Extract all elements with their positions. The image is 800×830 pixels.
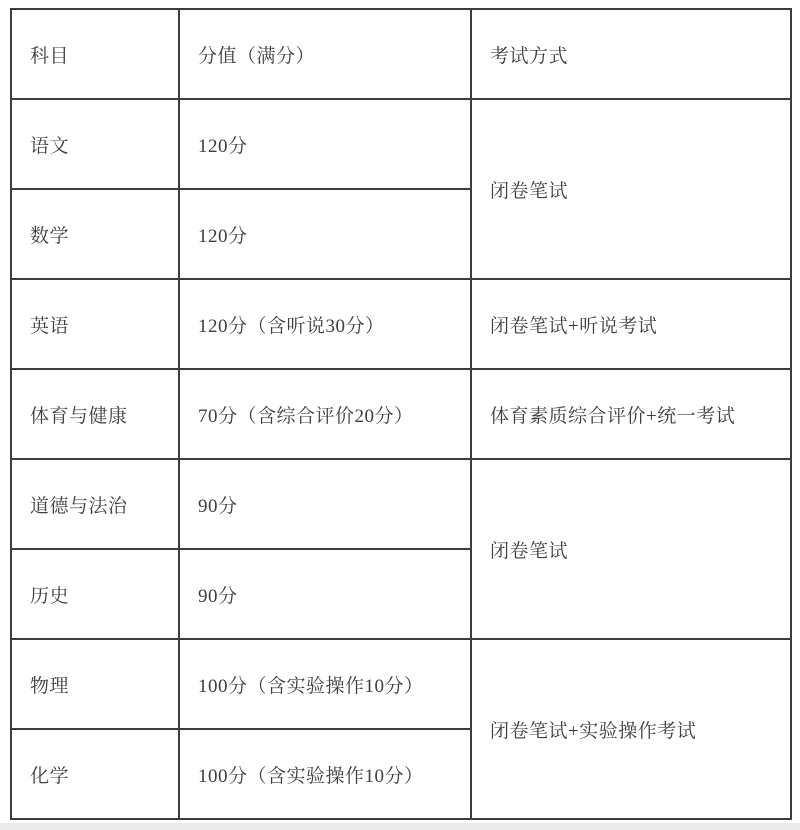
cell-subject: 道德与法治: [11, 459, 179, 549]
cell-score: 100分（含实验操作10分）: [179, 729, 471, 819]
cell-subject: 化学: [11, 729, 179, 819]
cell-subject: 历史: [11, 549, 179, 639]
cell-subject: 语文: [11, 99, 179, 189]
table-row-pe-health: 体育与健康 70分（含综合评价20分） 体育素质综合评价+统一考试: [11, 369, 791, 459]
cell-method: 闭卷笔试+听说考试: [471, 279, 791, 369]
cell-method-merged: 闭卷笔试: [471, 99, 791, 279]
cell-subject: 英语: [11, 279, 179, 369]
cell-score: 90分: [179, 549, 471, 639]
exam-subjects-table: 科目 分值（满分） 考试方式 语文 120分 闭卷笔试 数学 120分 英语 1…: [10, 8, 792, 820]
page: 科目 分值（满分） 考试方式 语文 120分 闭卷笔试 数学 120分 英语 1…: [0, 0, 800, 830]
table-row-english: 英语 120分（含听说30分） 闭卷笔试+听说考试: [11, 279, 791, 369]
table-row-chinese: 语文 120分 闭卷笔试: [11, 99, 791, 189]
bottom-edge-strip: [0, 823, 800, 830]
header-cell-subject: 科目: [11, 9, 179, 99]
cell-subject: 物理: [11, 639, 179, 729]
cell-score: 120分: [179, 189, 471, 279]
cell-method-merged: 闭卷笔试: [471, 459, 791, 639]
cell-score: 100分（含实验操作10分）: [179, 639, 471, 729]
cell-subject: 体育与健康: [11, 369, 179, 459]
cell-score: 120分: [179, 99, 471, 189]
cell-score: 70分（含综合评价20分）: [179, 369, 471, 459]
cell-method-merged: 闭卷笔试+实验操作考试: [471, 639, 791, 819]
header-cell-score: 分值（满分）: [179, 9, 471, 99]
table-header-row: 科目 分值（满分） 考试方式: [11, 9, 791, 99]
cell-score: 120分（含听说30分）: [179, 279, 471, 369]
header-cell-method: 考试方式: [471, 9, 791, 99]
table-row-physics: 物理 100分（含实验操作10分） 闭卷笔试+实验操作考试: [11, 639, 791, 729]
cell-score: 90分: [179, 459, 471, 549]
cell-method: 体育素质综合评价+统一考试: [471, 369, 791, 459]
cell-subject: 数学: [11, 189, 179, 279]
table-row-morality-law: 道德与法治 90分 闭卷笔试: [11, 459, 791, 549]
